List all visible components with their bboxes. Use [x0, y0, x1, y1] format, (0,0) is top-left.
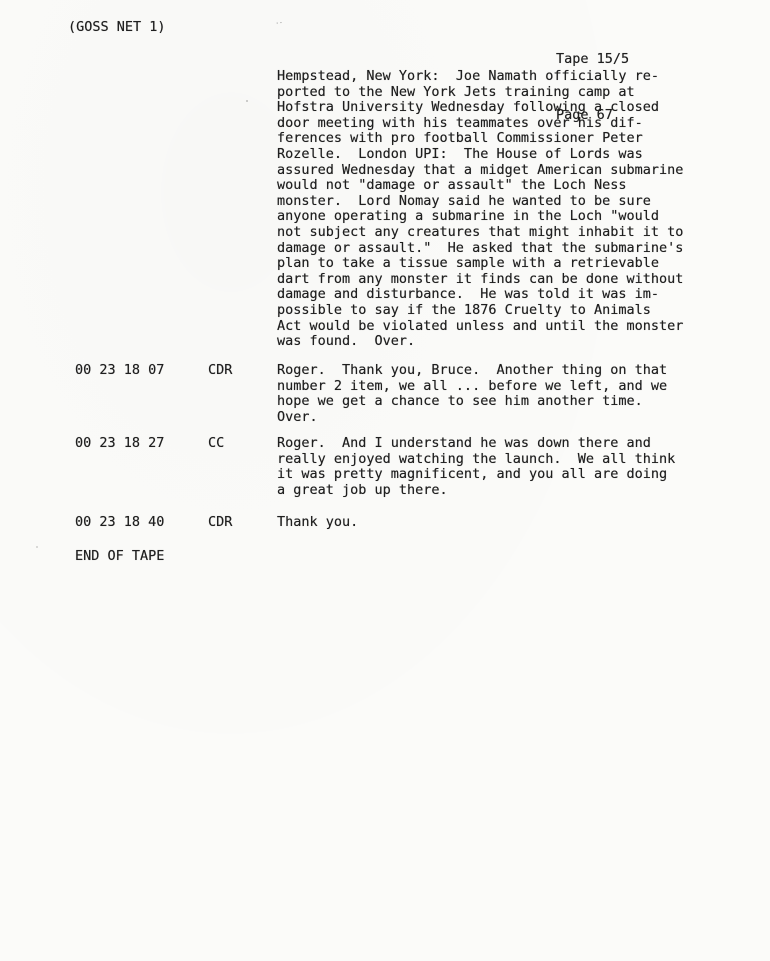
transcript-entry: Hempstead, New York: Joe Namath official…	[0, 69, 770, 350]
speaker-label: CC	[208, 436, 277, 452]
end-of-tape-label: END OF TAPE	[75, 549, 164, 565]
transcript-text: Hempstead, New York: Joe Namath official…	[277, 69, 687, 350]
transcript-entry: 00 23 18 27 CC Roger. And I understand h…	[0, 436, 770, 498]
transcript-text: Roger. And I understand he was down ther…	[277, 436, 687, 498]
transcript-entry: 00 23 18 40 CDR Thank you.	[0, 515, 770, 531]
speaker-label: CDR	[208, 363, 277, 379]
transcript-text: Roger. Thank you, Bruce. Another thing o…	[277, 363, 687, 425]
timestamp: 00 23 18 27	[75, 436, 208, 452]
scan-speck	[36, 546, 38, 548]
speaker-label: CDR	[208, 515, 277, 531]
scan-artifact: ‧‧	[275, 17, 285, 34]
transcript-entry: 00 23 18 07 CDR Roger. Thank you, Bruce.…	[0, 363, 770, 425]
scanned-page: (GOSS NET 1) Tape 15/5 Page 67 ‧‧ Hempst…	[0, 0, 770, 961]
tape-number: Tape 15/5	[556, 50, 629, 69]
transcript-text: Thank you.	[277, 515, 687, 531]
timestamp: 00 23 18 07	[75, 363, 208, 379]
timestamp: 00 23 18 40	[75, 515, 208, 531]
network-label: (GOSS NET 1)	[68, 20, 166, 36]
